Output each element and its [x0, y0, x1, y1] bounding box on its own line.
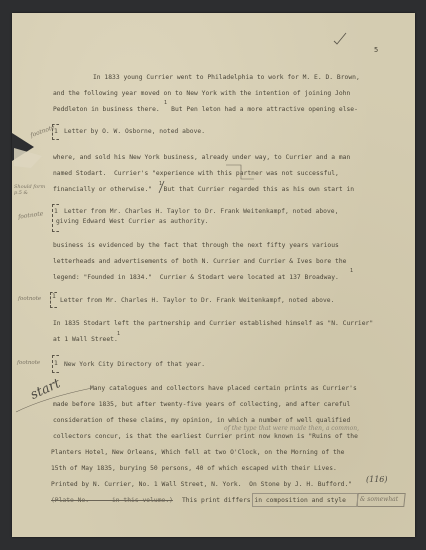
body-line: and the following year moved on to New Y…	[53, 90, 350, 97]
body-line: collectors concur, is that the earliest …	[53, 433, 358, 440]
body-line: Printed by N. Currier, No. 1 Wall Street…	[51, 481, 352, 488]
slash-mark-icon	[157, 180, 167, 194]
body-line: legend: "Founded in 1834." Currier & Sto…	[53, 274, 339, 281]
body-line: Peddleton in business there. But Pen let…	[53, 106, 358, 113]
footnote-ref: 1	[350, 268, 353, 274]
check-mark-icon	[332, 32, 348, 46]
body-line: In 1833 young Currier went to Philadelph…	[93, 74, 360, 81]
interlinear-note: of the type that were made then, a commo…	[224, 425, 359, 432]
edit-mark-icon	[224, 163, 256, 183]
body-line: Planters Hotel, New Orleans, Which fell …	[51, 449, 344, 456]
body-line: consideration of these claims, my opinio…	[53, 417, 350, 424]
footnote-ref: 1	[117, 331, 120, 337]
arrow-line-icon	[14, 384, 94, 414]
body-line: In 1835 Stodart left the partnership and…	[53, 320, 373, 327]
margin-note: Should form p.5 &	[14, 184, 48, 196]
page-number: 5	[374, 46, 378, 54]
footnote-ref: 1	[164, 100, 167, 106]
margin-note: footnote	[18, 296, 41, 302]
footnote-number: 1	[54, 360, 58, 367]
footnote-text: giving Edward West Currier as authority.	[56, 218, 208, 225]
paren-note: (116)	[366, 475, 388, 484]
footnote-text: Letter from Mr. Charles H. Taylor to Dr.…	[64, 208, 338, 215]
annotation-box	[252, 493, 358, 507]
body-line: made before 1835, but after twenty-five …	[53, 401, 350, 408]
footnote-text: Letter from Mr. Charles H. Taylor to Dr.…	[60, 297, 334, 304]
margin-note: footnote	[17, 360, 40, 366]
body-line: business is evidenced by the fact that t…	[53, 242, 339, 249]
body-line: 15th of May 1835, burying 50 persons, 40…	[51, 465, 337, 472]
footnote-text: Letter by O. W. Osborne, noted above.	[64, 128, 205, 135]
body-line: named Stodart. Currier's "experience wit…	[53, 170, 339, 177]
end-note: & somewhat	[360, 496, 398, 503]
body-line: financially or otherwise." But that Curr…	[53, 186, 354, 193]
footnote-text: New York City Directory of that year.	[64, 361, 205, 368]
footnote-number: 1	[52, 293, 56, 300]
footnote-number: 1	[54, 208, 58, 215]
body-line: letterheads and advertisements of both N…	[53, 258, 346, 265]
body-line: Many catalogues and collectors have plac…	[90, 385, 357, 392]
body-line: at 1 Wall Street.	[53, 336, 118, 343]
body-line: where, and sold his New York business, a…	[53, 154, 350, 161]
struck-text: (Plate No. in this volume.)	[51, 497, 173, 504]
